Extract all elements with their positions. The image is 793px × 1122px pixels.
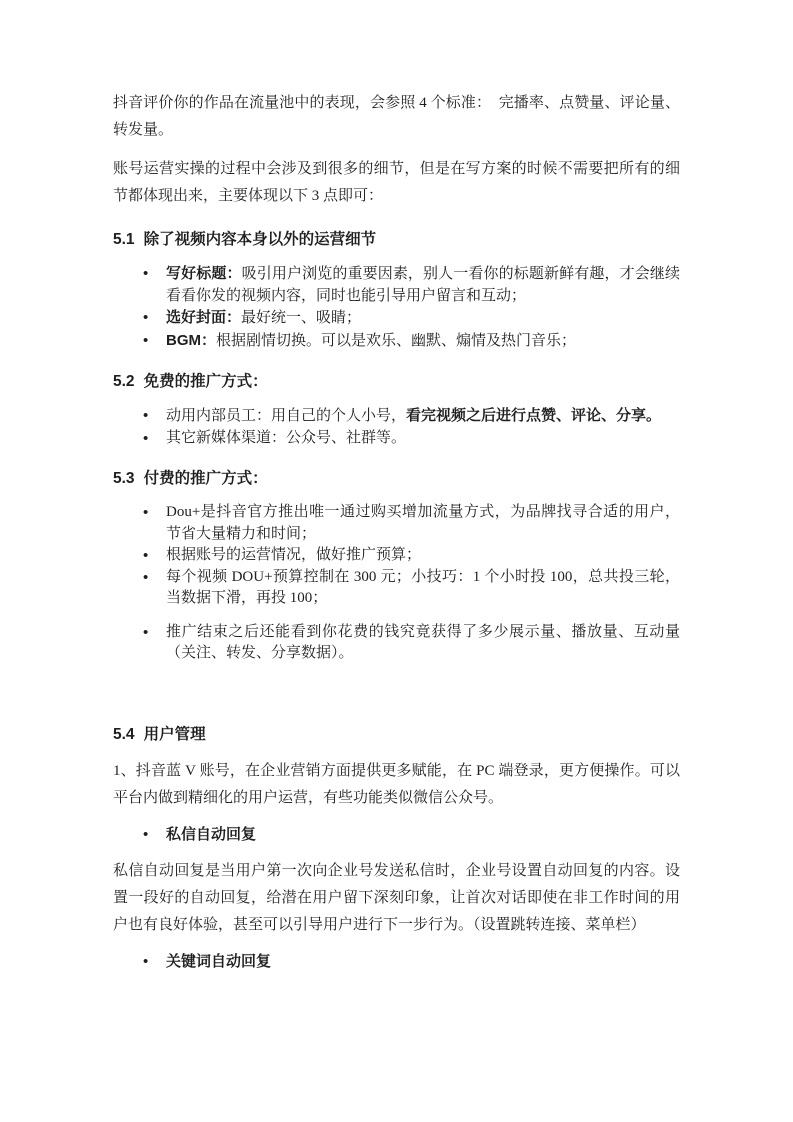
list-item: BGM：根据剧情切换。可以是欢乐、幽默、煽情及热门音乐； xyxy=(166,330,680,353)
list-item: 推广结束之后还能看到你花费的钱究竟获得了多少展示量、播放量、互动量（关注、转发、… xyxy=(166,622,680,665)
section-title: 除了视频内容本身以外的运营细节 xyxy=(144,231,377,248)
section-number: 5.2 xyxy=(113,373,135,390)
document-page: 抖音评价你的作品在流量池中的表现，会参照 4 个标准： 完播率、点赞量、评论量、… xyxy=(0,0,793,1122)
bullet-label: 私信自动回复 xyxy=(166,826,256,843)
bullet-bold-tail: 看完视频之后进行点赞、评论、分享。 xyxy=(406,407,661,424)
intro-paragraph-2: 账号运营实操的过程中会涉及到很多的细节，但是在写方案的时候不需要把所有的细节都体… xyxy=(113,156,680,210)
intro-paragraph-1: 抖音评价你的作品在流量池中的表现，会参照 4 个标准： 完播率、点赞量、评论量、… xyxy=(113,90,680,144)
section-heading-5-2: 5.2免费的推广方式： xyxy=(113,368,680,395)
section-number: 5.3 xyxy=(113,470,135,487)
list-item: 选好封面：最好统一、吸睛； xyxy=(166,307,680,330)
bullet-text: 每个视频 DOU+预算控制在 300 元；小技巧：1 个小时投 100，总共投三… xyxy=(166,569,680,607)
section-title: 用户管理 xyxy=(144,726,206,743)
list-item: 每个视频 DOU+预算控制在 300 元；小技巧：1 个小时投 100，总共投三… xyxy=(166,567,680,610)
section-heading-5-3: 5.3付费的推广方式： xyxy=(113,465,680,492)
list-item: 关键词自动回复 xyxy=(166,951,680,974)
bullet-label: BGM： xyxy=(166,332,216,349)
bullet-label: 选好封面： xyxy=(166,309,241,326)
list-item: 其它新媒体渠道：公众号、社群等。 xyxy=(166,428,680,450)
section-heading-5-1: 5.1除了视频内容本身以外的运营细节 xyxy=(113,226,680,253)
bullet-text: 根据账号的运营情况，做好推广预算； xyxy=(166,547,421,563)
bullet-text: 推广结束之后还能看到你花费的钱究竟获得了多少展示量、播放量、互动量（关注、转发、… xyxy=(166,624,680,662)
bullet-text: Dou+是抖音官方推出唯一通过购买增加流量方式，为品牌找寻合适的用户，节省大量精… xyxy=(166,504,680,542)
section-number: 5.4 xyxy=(113,726,135,743)
bullet-label: 写好标题： xyxy=(166,265,242,282)
list-item: 动用内部员工：用自己的个人小号，看完视频之后进行点赞、评论、分享。 xyxy=(166,405,680,428)
section-number: 5.1 xyxy=(113,231,135,248)
bullet-list-paid-promotion: Dou+是抖音官方推出唯一通过购买增加流量方式，为品牌找寻合适的用户，节省大量精… xyxy=(113,502,680,610)
bullet-text: 动用内部员工：用自己的个人小号， xyxy=(166,408,406,424)
list-item: 写好标题：吸引用户浏览的重要因素，别人一看你的标题新鲜有趣，才会继续看看你发的视… xyxy=(166,263,680,307)
bullet-list-operation-details: 写好标题：吸引用户浏览的重要因素，别人一看你的标题新鲜有趣，才会继续看看你发的视… xyxy=(113,263,680,352)
bullet-text: 根据剧情切换。可以是欢乐、幽默、煽情及热门音乐； xyxy=(216,333,576,349)
list-item: 私信自动回复 xyxy=(166,824,680,847)
list-item: Dou+是抖音官方推出唯一通过购买增加流量方式，为品牌找寻合适的用户，节省大量精… xyxy=(166,502,680,545)
bullet-text: 吸引用户浏览的重要因素，别人一看你的标题新鲜有趣，才会继续看看你发的视频内容，同… xyxy=(166,266,680,304)
private-reply-paragraph: 私信自动回复是当用户第一次向企业号发送私信时，企业号设置自动回复的内容。设置一段… xyxy=(113,858,680,939)
bullet-list-free-promotion: 动用内部员工：用自己的个人小号，看完视频之后进行点赞、评论、分享。 其它新媒体渠… xyxy=(113,405,680,449)
bullet-text: 最好统一、吸睛； xyxy=(241,310,361,326)
section-title: 付费的推广方式： xyxy=(144,470,268,487)
bullet-list-keyword-reply: 关键词自动回复 xyxy=(113,951,680,974)
bullet-text: 其它新媒体渠道：公众号、社群等。 xyxy=(166,430,406,446)
list-item: 根据账号的运营情况，做好推广预算； xyxy=(166,545,680,567)
bullet-list-private-reply: 私信自动回复 xyxy=(113,824,680,847)
user-management-paragraph: 1、抖音蓝 V 账号，在企业营销方面提供更多赋能，在 PC 端登录，更方便操作。… xyxy=(113,758,680,812)
section-heading-5-4: 5.4用户管理 xyxy=(113,721,680,748)
bullet-list-promotion-result: 推广结束之后还能看到你花费的钱究竟获得了多少展示量、播放量、互动量（关注、转发、… xyxy=(113,622,680,665)
bullet-label: 关键词自动回复 xyxy=(166,953,271,970)
section-title: 免费的推广方式： xyxy=(144,373,268,390)
